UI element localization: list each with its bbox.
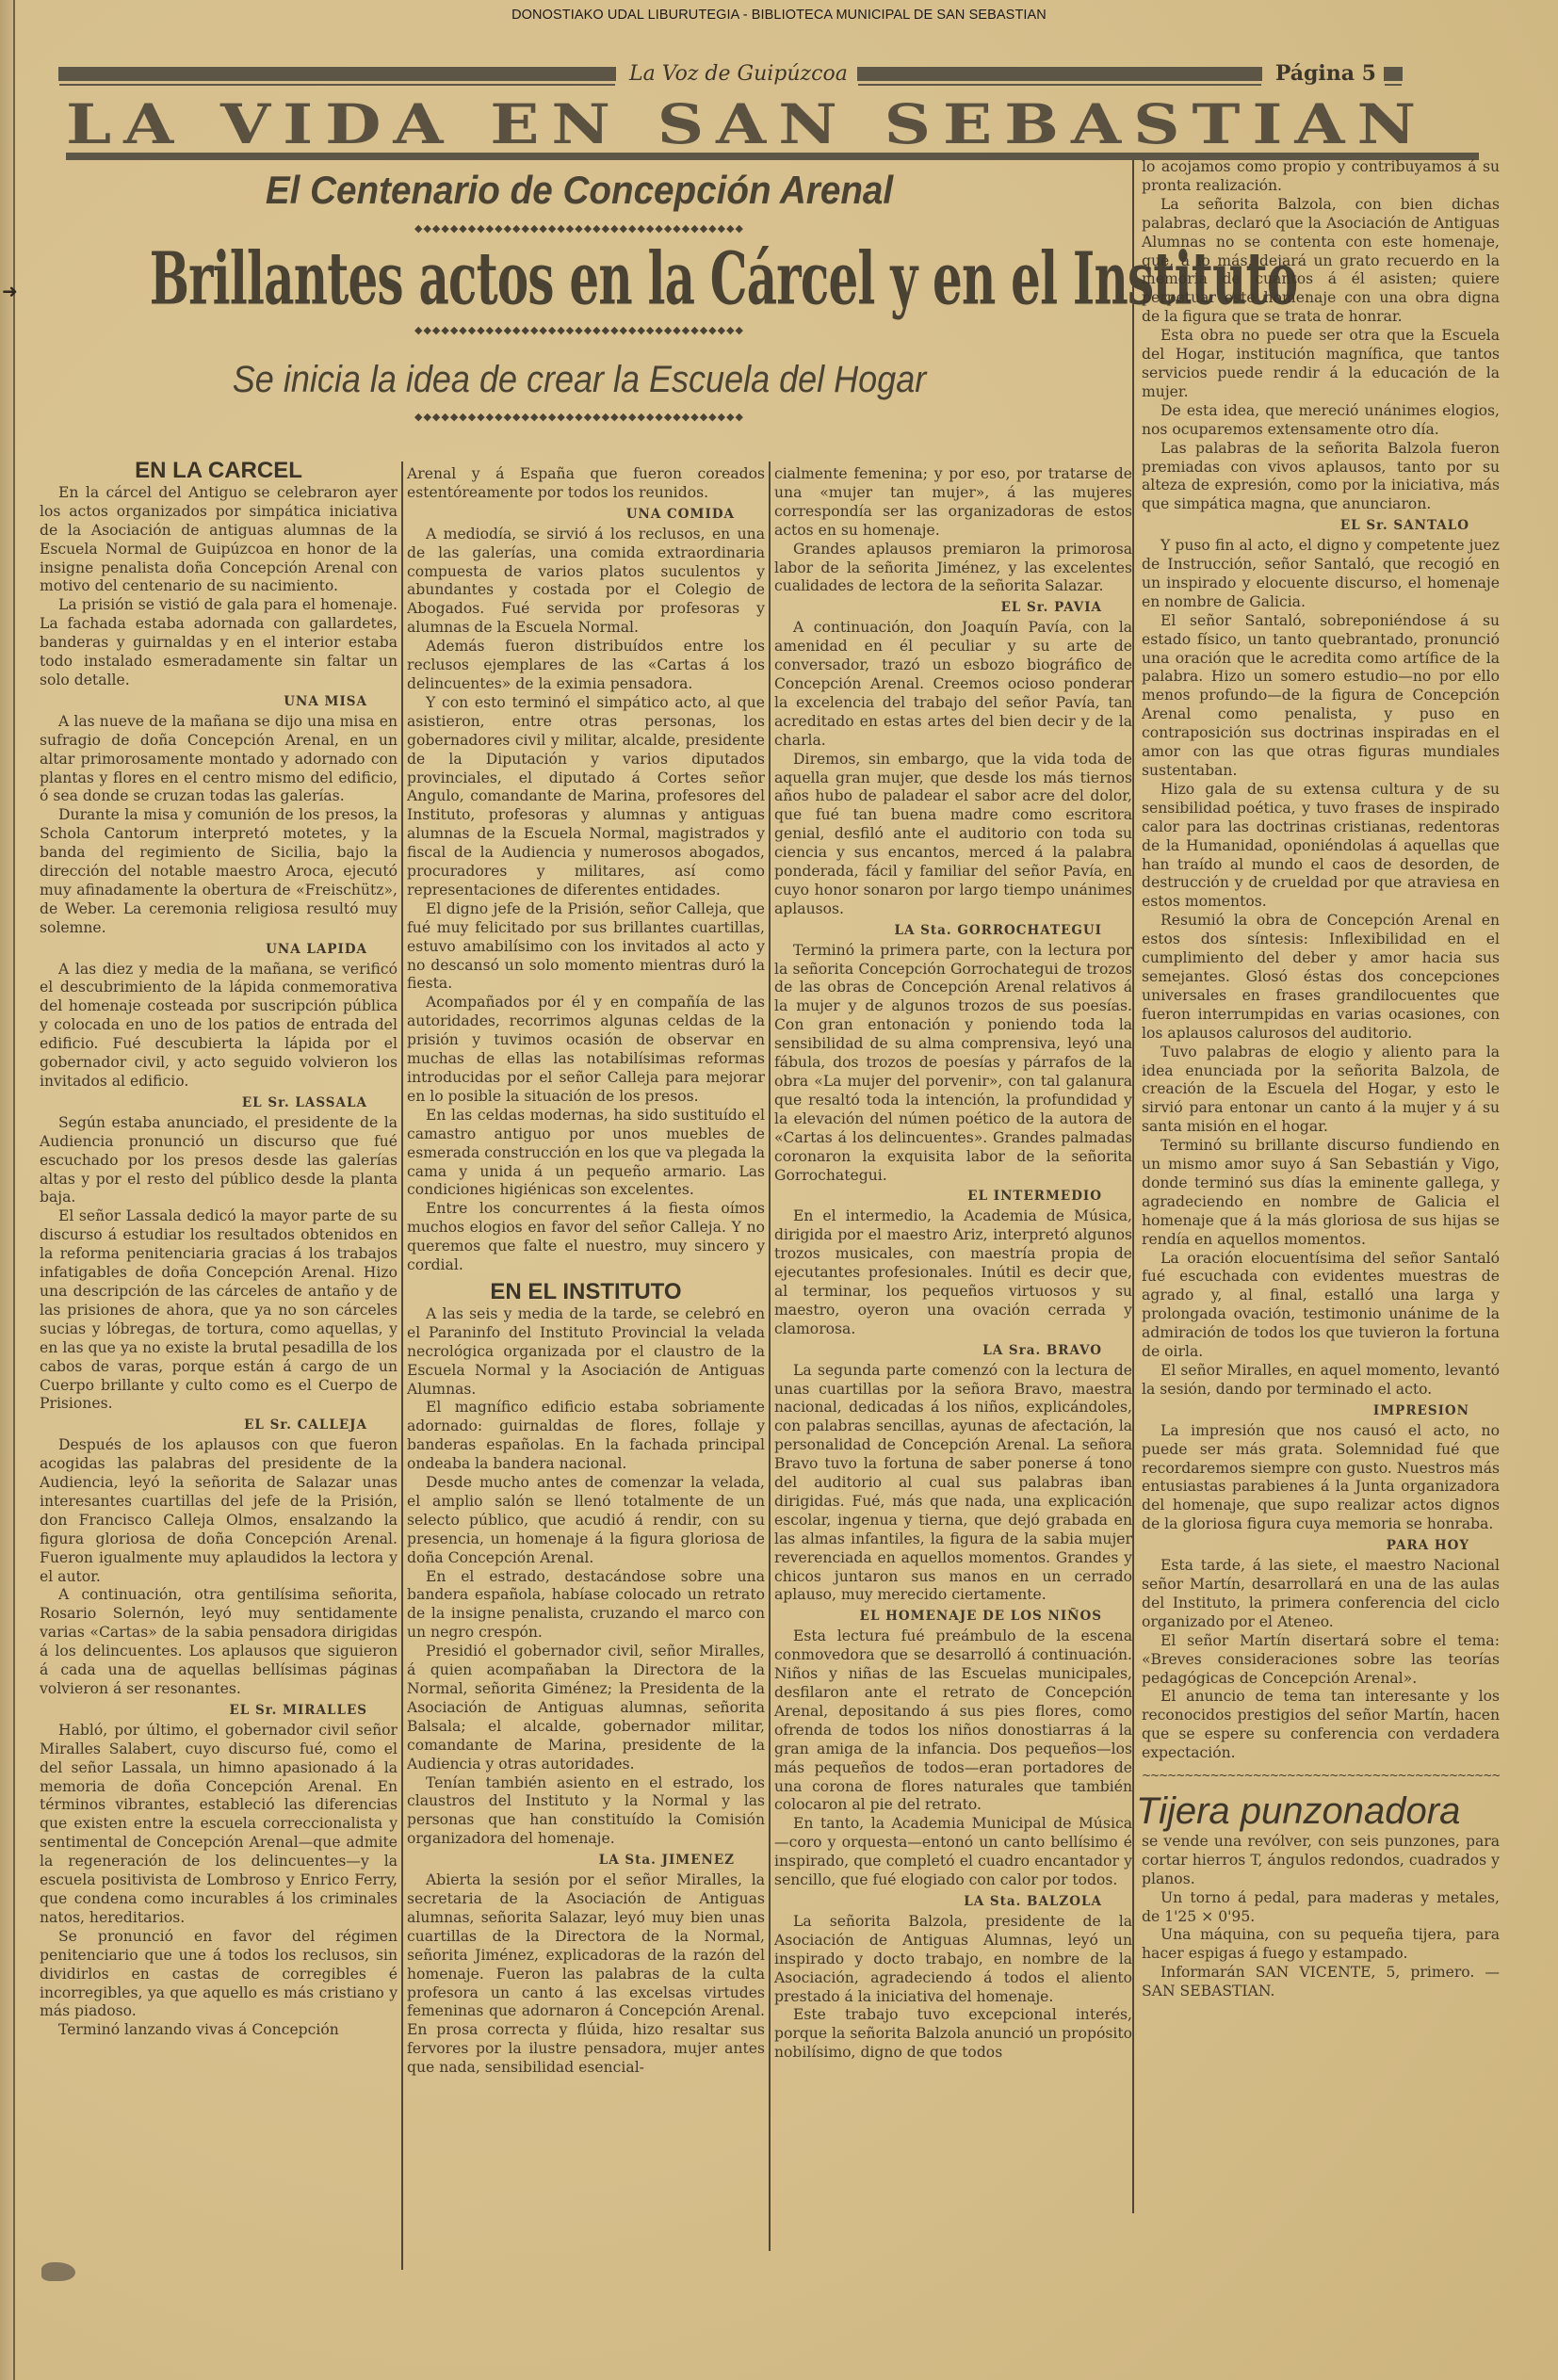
paragraph: lo acojamos como propio y contribuyamos … [1142, 158, 1500, 196]
paragraph: El magnífico edificio estaba sobriamente… [407, 1399, 765, 1474]
page-number: Página 5 [1275, 61, 1376, 86]
subheading: EL INTERMEDIO [774, 1188, 1132, 1206]
column-divider [1132, 160, 1134, 2213]
column-1: EN LA CARCEL En la cárcel del Antiguo se… [40, 460, 398, 2040]
column-2: Arenal y á España que fueron coreados es… [407, 465, 765, 2078]
paragraph: El señor Miralles, en aquel momento, lev… [1142, 1362, 1500, 1400]
paragraph: El señor Martín disertará sobre el tema:… [1142, 1632, 1500, 1689]
subheading: EL Sr. LASSALA [40, 1094, 398, 1113]
paragraph: Acompañados por él y en compañía de las … [407, 994, 765, 1106]
subheading: EL Sr. PAVIA [774, 599, 1132, 618]
paragraph: Tenían también asiento en el estrado, lo… [407, 1774, 765, 1850]
ornament-divider: ◆◆◆◆◆◆◆◆◆◆◆◆◆◆◆◆◆◆◆◆◆◆◆◆◆◆◆◆◆◆◆◆◆◆◆◆◆ [28, 222, 1130, 235]
paragraph: Hizo gala de su extensa cultura y de su … [1142, 781, 1500, 912]
paragraph: La señorita Balzola, presidente de la As… [774, 1913, 1132, 2007]
masthead-rule [857, 67, 1262, 81]
article-subhead: Se inicia la idea de crear la Escuela de… [84, 359, 1076, 401]
section-heading: EN LA CARCEL [40, 461, 398, 480]
article-headline: Brillantes actos en la Cárcel y en el In… [150, 237, 1010, 322]
paragraph: Esta tarde, á las siete, el maestro Naci… [1142, 1557, 1500, 1632]
paragraph: Resumió la obra de Concepción Arenal en … [1142, 912, 1500, 1043]
subheading: EL Sr. CALLEJA [40, 1417, 398, 1435]
newspaper-name: La Voz de Guipúzcoa [629, 62, 848, 86]
ink-blot [41, 2262, 75, 2281]
subheading: EL HOMENAJE DE LOS NIÑOS [774, 1608, 1132, 1627]
paragraph: Presidió el gobernador civil, señor Mira… [407, 1643, 765, 1773]
paragraph: Tuvo palabras de elogio y aliento para l… [1142, 1044, 1500, 1138]
advert-paragraph: se vende una revólver, con seis punzones… [1142, 1833, 1500, 1889]
paragraph: A mediodía, se sirvió á los reclusos, en… [407, 526, 765, 638]
subheading: PARA HOY [1142, 1537, 1500, 1556]
advert-body: se vende una revólver, con seis punzones… [1142, 1833, 1500, 2001]
paragraph: La señorita Balzola, con bien dichas pal… [1142, 196, 1500, 327]
paragraph: El señor Santaló, sobreponiéndose á su e… [1142, 612, 1500, 781]
paragraph: Terminó la primera parte, con la lectura… [774, 942, 1132, 1186]
advert-paragraph: Informarán SAN VICENTE, 5, primero. —SAN… [1142, 1964, 1500, 2001]
paragraph: A las seis y media de la tarde, se celeb… [407, 1305, 765, 1400]
paragraph: El digno jefe de la Prisión, señor Calle… [407, 900, 765, 995]
subheading: LA Sra. BRAVO [774, 1342, 1132, 1361]
paragraph: A las nueve de la mañana se dijo una mis… [40, 713, 398, 807]
paragraph: Arenal y á España que fueron coreados es… [407, 465, 765, 503]
section-title: LA VIDA EN SAN SEBASTIAN [66, 98, 1558, 151]
paragraph: En la cárcel del Antiguo se celebraron a… [40, 484, 398, 596]
subheading: UNA LAPIDA [40, 941, 398, 960]
paragraph: Durante la misa y comunión de los presos… [40, 806, 398, 937]
article-kicker: El Centenario de Concepción Arenal [73, 168, 1086, 213]
paragraph: Abierta la sesión por el señor Miralles,… [407, 1871, 765, 2078]
paragraph: A continuación, otra gentilísima señorit… [40, 1586, 398, 1698]
subheading: UNA COMIDA [407, 506, 765, 525]
paragraph: El anuncio de tema tan interesante y los… [1142, 1688, 1500, 1763]
paragraph: Entre los concurrentes á la fiesta oímos… [407, 1200, 765, 1275]
paragraph: Esta lectura fué preámbulo de la escena … [774, 1627, 1132, 1815]
wavy-divider: ~~~~~~~~~~~~~~~~~~~~~~~~~~~~~~~~~~~~~~~~… [1142, 1767, 1500, 1786]
paragraph: Después de los aplausos con que fueron a… [40, 1436, 398, 1586]
margin-pointer-icon: ➜ [2, 280, 18, 302]
paragraph: En el estrado, destacándose sobre una ba… [407, 1568, 765, 1643]
paragraph: Habló, por último, el gobernador civil s… [40, 1722, 398, 1928]
masthead: La Voz de Guipúzcoa Página 5 [58, 60, 1509, 87]
subheading: LA Sta. GORROCHATEGUI [774, 922, 1132, 941]
subheading: LA Sta. BALZOLA [774, 1893, 1132, 1912]
column-divider [401, 461, 403, 2270]
advert-paragraph: Una máquina, con su pequeña tijera, para… [1142, 1926, 1500, 1964]
advert-title: Tijera punzonadora [1136, 1789, 1500, 1833]
paragraph: Terminó su brillante discurso fundiendo … [1142, 1137, 1500, 1249]
paragraph: cialmente femenina; y por eso, por trata… [774, 465, 1132, 541]
paragraph: Las palabras de la señorita Balzola fuer… [1142, 440, 1500, 515]
masthead-rule [58, 67, 616, 81]
paragraph: Además fueron distribuídos entre los rec… [407, 638, 765, 694]
paragraph: Diremos, sin embargo, que la vida toda d… [774, 751, 1132, 919]
paragraph: Desde mucho antes de comenzar la velada,… [407, 1474, 765, 1568]
paragraph: Grandes aplausos premiaron la primorosa … [774, 541, 1132, 597]
library-credit: DONOSTIAKO UDAL LIBURUTEGIA - BIBLIOTECA… [0, 8, 1558, 23]
column-3: cialmente femenina; y por eso, por trata… [774, 465, 1132, 2063]
paragraph: La segunda parte comenzó con la lectura … [774, 1362, 1132, 1606]
paragraph: Se pronunció en favor del régimen penite… [40, 1928, 398, 2022]
paragraph: Esta obra no puede ser otra que la Escue… [1142, 327, 1500, 402]
paragraph: La oración elocuentísima del señor Santa… [1142, 1250, 1500, 1362]
subheading: IMPRESION [1142, 1402, 1500, 1421]
paragraph: En las celdas modernas, ha sido sustituí… [407, 1107, 765, 1201]
masthead-rule [1384, 67, 1403, 81]
paragraph: La impresión que nos causó el acto, no p… [1142, 1422, 1500, 1534]
paragraph: Y con esto terminó el simpático acto, al… [407, 694, 765, 900]
paragraph: A las diez y media de la mañana, se veri… [40, 961, 398, 1092]
paragraph: La prisión se vistió de gala para el hom… [40, 596, 398, 690]
column-4: lo acojamos como propio y contribuyamos … [1142, 158, 1500, 2001]
subheading: EL Sr. SANTALO [1142, 517, 1500, 536]
paragraph: El señor Lassala dedicó la mayor parte d… [40, 1207, 398, 1414]
advert-paragraph: Un torno á pedal, para maderas y metales… [1142, 1889, 1500, 1927]
article-header: El Centenario de Concepción Arenal ◆◆◆◆◆… [28, 160, 1130, 432]
section-heading: EN EL INSTITUTO [407, 1283, 765, 1302]
paragraph: Según estaba anunciado, el presidente de… [40, 1114, 398, 1208]
subheading: EL Sr. MIRALLES [40, 1702, 398, 1721]
subheading: UNA MISA [40, 693, 398, 712]
paragraph: Y puso fin al acto, el digno y competent… [1142, 537, 1500, 612]
ornament-divider: ◆◆◆◆◆◆◆◆◆◆◆◆◆◆◆◆◆◆◆◆◆◆◆◆◆◆◆◆◆◆◆◆◆◆◆◆◆ [28, 324, 1130, 336]
paragraph: En tanto, la Academia Municipal de Músic… [774, 1815, 1132, 1890]
paragraph: Este trabajo tuvo excepcional interés, p… [774, 2006, 1132, 2063]
paragraph: De esta idea, que mereció unánimes elogi… [1142, 402, 1500, 440]
page-left-edge [0, 0, 15, 2380]
subheading: LA Sta. JIMENEZ [407, 1852, 765, 1870]
paragraph: En el intermedio, la Academia de Música,… [774, 1207, 1132, 1338]
column-divider [769, 461, 771, 2251]
ornament-divider: ◆◆◆◆◆◆◆◆◆◆◆◆◆◆◆◆◆◆◆◆◆◆◆◆◆◆◆◆◆◆◆◆◆◆◆◆◆ [28, 411, 1130, 423]
paragraph: A continuación, don Joaquín Pavía, con l… [774, 619, 1132, 750]
paragraph: Terminó lanzando vivas á Concepción [40, 2021, 398, 2040]
